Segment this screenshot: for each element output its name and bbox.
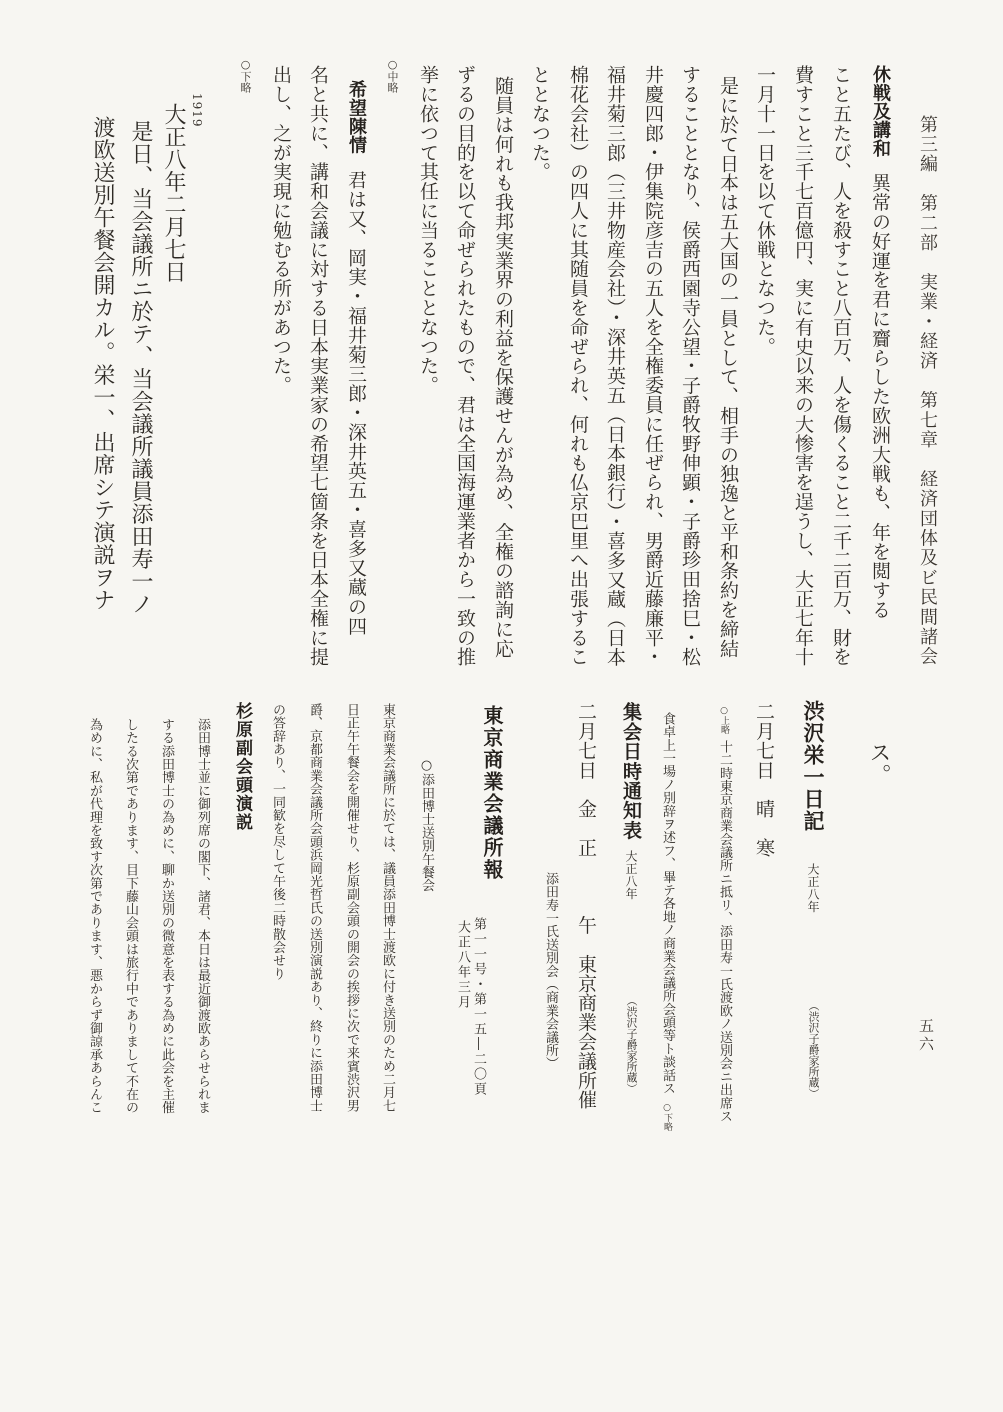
armistice-line: 随員は何れも我邦実業界の利益を保護せんが為め、全権の諮詢に応 bbox=[493, 76, 512, 658]
notice-title-column: 集会日時通知表 大正八年 （渋沢子爵家所蔵） bbox=[621, 702, 640, 1094]
chapter-header: 第三編 第二部 実業・経済 第七章 経済団体及ビ民間諸会 bbox=[918, 115, 936, 667]
diary-note-top-omitted: ○上略 bbox=[719, 706, 729, 734]
armistice-heading-line: 休戦及講和 異常の好運を君に齎らした欧洲大戦も、年を閲する bbox=[870, 65, 889, 619]
bulletin-issue-date: 大正八年三月 bbox=[456, 920, 469, 1010]
bulletin-line: 日正午午餐会を開催せり、杉原副会頭の開会の挨拶に次で来賓渋沢男 bbox=[345, 703, 358, 1112]
book-page: 第三編 第二部 実業・経済 第七章 経済団体及ビ民間諸会 五六 休戦及講和 異常… bbox=[0, 0, 1003, 1412]
armistice-line: 是に於て日本は五大国の一員として、相手の独逸と平和条約を締結 bbox=[718, 76, 737, 658]
armistice-line: 費すこと三千七百億円、実に有史以来の大惨害を逞うし、大正七年十 bbox=[793, 65, 812, 666]
diary-quote-line: ○上略 十二時東京商業会議所ニ抵リ、添田寿一氏渡欧ノ送別会ニ出席ス bbox=[718, 706, 731, 1123]
diary-source: （渋沢子爵家所蔵） bbox=[807, 1000, 820, 1099]
speech-line: する添田博士の為めに、聊か送別の微意を表する為めに此会を主催 bbox=[160, 718, 173, 1114]
speech-heading: 杉原副会頭演説 bbox=[233, 702, 250, 832]
diary-quote-text: 十二時東京商業会議所ニ抵リ、添田寿一氏渡欧ノ送別会ニ出席ス bbox=[717, 740, 732, 1123]
petition-section-heading: 希望陳情 bbox=[346, 80, 367, 154]
armistice-line: 一月十一日を以て休戦となつた。 bbox=[755, 65, 774, 356]
notice-period: 大正八年 bbox=[624, 850, 638, 900]
armistice-line: 福井菊三郎（三井物産会社）・深井英五（日本銀行）・喜多又蔵（日本 bbox=[605, 65, 624, 667]
armistice-section-heading: 休戦及講和 bbox=[870, 65, 891, 158]
petition-heading-line: 希望陳情 君は又、岡実・福井菊三郎・深井英五・喜多又蔵の四 bbox=[346, 80, 365, 636]
armistice-line: 挙に依つて其任に当ることとなつた。 bbox=[418, 65, 437, 395]
armistice-line: ずるの目的を以て命ぜられたもので、君は全国海運業者から一致の推 bbox=[455, 65, 474, 666]
diary-note-rest-omitted: ○下略 bbox=[662, 1103, 672, 1131]
armistice-line: こと五たび、人を殺すこと八百万、人を傷くること二千二百万、財を bbox=[831, 65, 850, 666]
petition-line: 出し、之が実現に勉むる所があつた。 bbox=[271, 65, 290, 395]
bulletin-issue: 第一一号・第一五―二〇頁 bbox=[472, 917, 485, 1097]
armistice-line: 棉花会社）の四人に其随員を命ぜられ、何れも仏京巴里へ出張するこ bbox=[568, 65, 587, 666]
entry-continuation: ス。 bbox=[867, 741, 889, 786]
bulletin-line: 東京商業会議所に於ては、議員添田博士渡欧に付き送別のため二月七 bbox=[381, 703, 394, 1112]
petition-line: 名と共に、講和会議に対する日本実業家の希望七箇条を日本全権に提 bbox=[308, 65, 327, 666]
note-rest-omitted: ○下略 bbox=[240, 58, 251, 93]
bulletin-title: 東京商業会議所報 bbox=[482, 705, 502, 881]
entry-date-heading: 大正八年二月七日 bbox=[162, 103, 184, 283]
diary-period: 大正八年 bbox=[806, 863, 820, 913]
armistice-line: することとなり、侯爵西園寺公望・子爵牧野伸顕・子爵珍田捨巳・松 bbox=[680, 65, 699, 666]
diary-title: 渋沢栄一日記 bbox=[801, 700, 825, 832]
entry-line: 是日、当会議所ニ於テ、当会議所議員添田寿一ノ bbox=[129, 120, 151, 615]
diary-date-line: 二月七日 晴 寒 bbox=[754, 702, 773, 857]
diary-title-column: 渋沢栄一日記 大正八年 （渋沢子爵家所蔵） bbox=[802, 700, 823, 1099]
notice-title: 集会日時通知表 bbox=[620, 702, 642, 840]
bulletin-line: 爵、京都商業会議所会頭浜岡光哲氏の送別演説あり、終りに添田博士 bbox=[308, 703, 321, 1112]
note-middle-omitted: ○中略 bbox=[387, 58, 398, 93]
speech-line: 為めに、私が代理を致す次第であります、悪からず御諒承あらんこ bbox=[88, 718, 101, 1114]
armistice-line: ととなつた。 bbox=[530, 65, 549, 181]
notice-schedule-line: 二月七日 金 正 午 東京商業会議所催 bbox=[576, 702, 595, 1109]
notice-source: （渋沢子爵家所蔵） bbox=[625, 995, 638, 1094]
notice-event-line: 添田寿一氏送別会（商業会議所） bbox=[544, 872, 557, 1070]
entry-line: 渡欧送別午餐会開カル。栄一、出席シテ演説ヲナ bbox=[91, 116, 113, 611]
diary-quote-line: 食卓上一場ノ別辞ヲ述フ、畢テ各地ノ商業会議所会頭等ト談話ス ○下略 bbox=[661, 712, 674, 1131]
speech-line: 添田博士並に御列席の閣下、諸君、本日は最近御渡欧あらせられま bbox=[196, 718, 209, 1114]
diary-quote-text: 食卓上一場ノ別辞ヲ述フ、畢テ各地ノ商業会議所会頭等ト談話ス bbox=[660, 712, 675, 1095]
armistice-lead-text: 異常の好運を君に齎らした欧洲大戦も、年を閲する bbox=[869, 173, 891, 619]
armistice-line: 井慶四郎・伊集院彦吉の五人を全権委員に任ぜられ、男爵近藤廉平・ bbox=[643, 65, 662, 666]
speech-line: したる次第であります、目下藤山会頭は旅行中でありまして不在の bbox=[124, 718, 137, 1114]
bulletin-article-heading: ○添田博士送別午餐会 bbox=[420, 758, 433, 892]
bulletin-line: の答辞あり、一同歓を尽して午後二時散会せり bbox=[271, 703, 284, 980]
western-year-note: 1919 bbox=[191, 93, 203, 128]
petition-lead-text: 君は又、岡実・福井菊三郎・深井英五・喜多又蔵の四 bbox=[345, 170, 367, 636]
page-number: 五六 bbox=[918, 1018, 933, 1054]
